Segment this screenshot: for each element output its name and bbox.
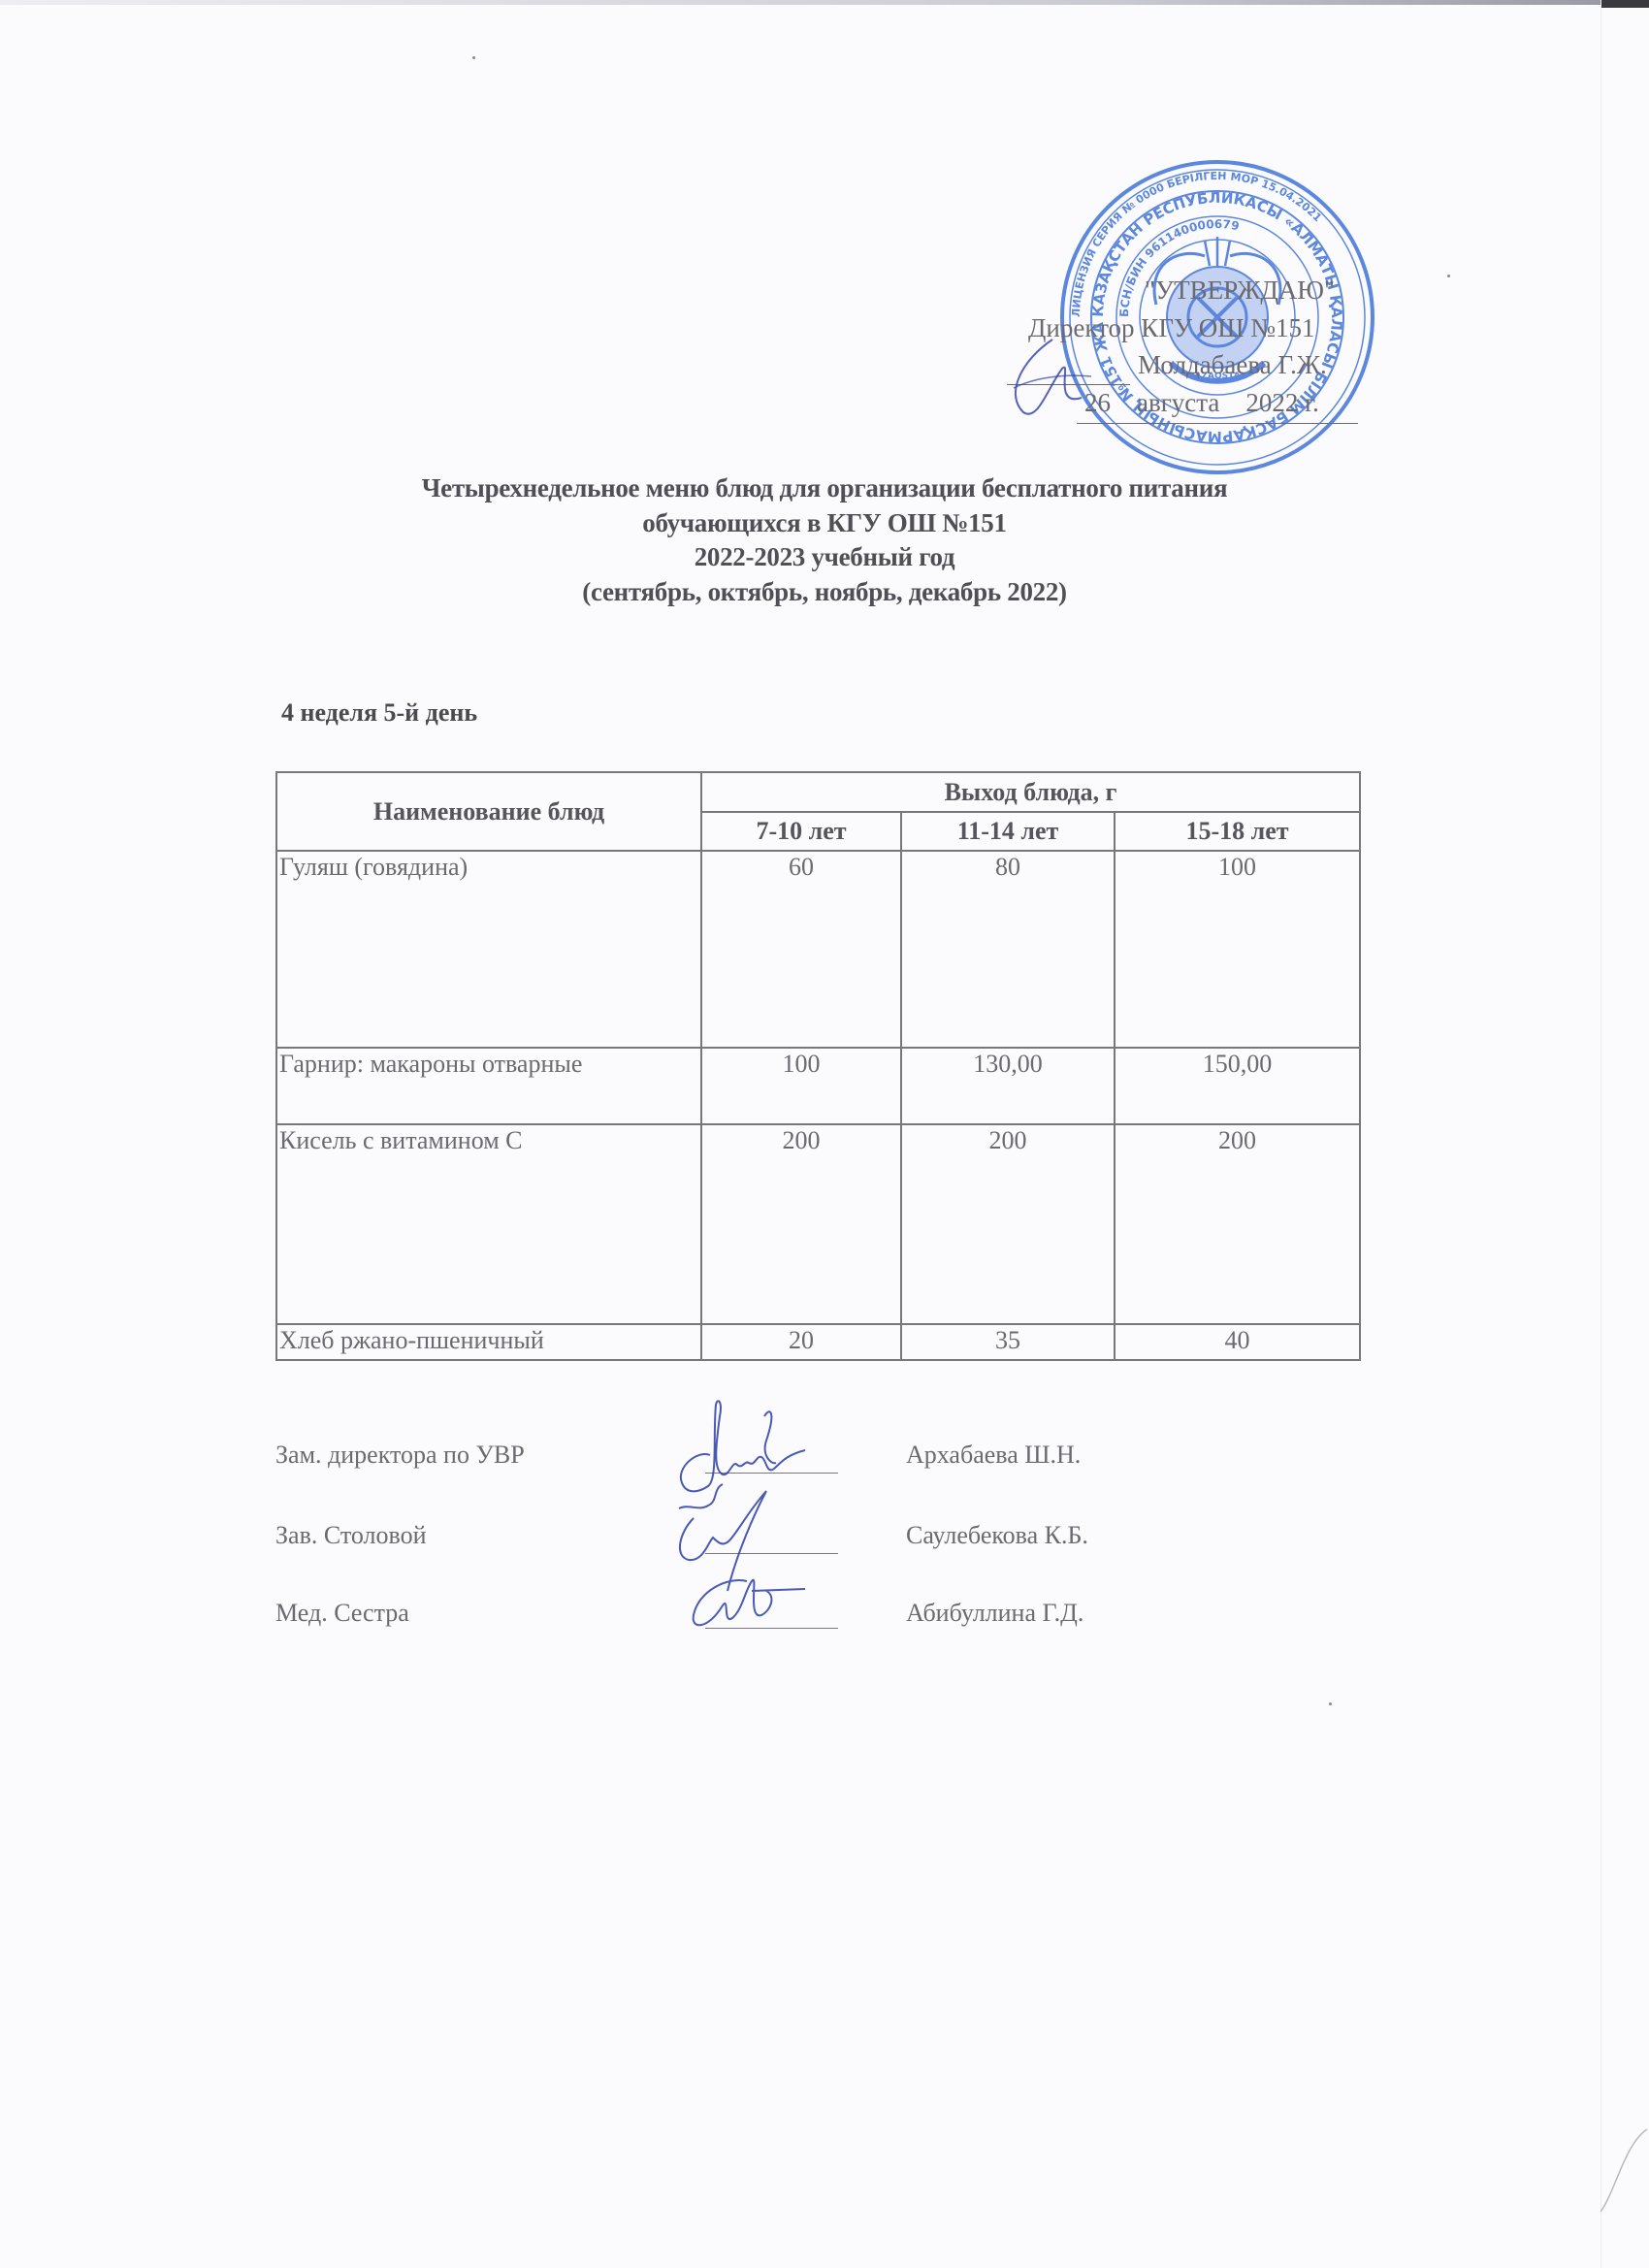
yield-15-18: 150,00 xyxy=(1115,1048,1360,1124)
yield-11-14: 200 xyxy=(901,1124,1115,1324)
signature-role-nurse: Мед. Сестра xyxy=(275,1599,409,1628)
approval-heading: "УТВЕРЖДАЮ" xyxy=(1145,275,1335,306)
title-line-1: Четырехнедельное меню блюд для организац… xyxy=(291,471,1358,506)
header-yield: Выход блюда, г xyxy=(701,772,1360,812)
dish-name: Гарнир: макароны отварные xyxy=(276,1048,701,1124)
table-row: Гуляш (говядина) 60 80 100 xyxy=(276,851,1360,1048)
yield-7-10: 200 xyxy=(701,1124,901,1324)
yield-15-18: 40 xyxy=(1115,1324,1360,1360)
yield-7-10: 60 xyxy=(701,851,901,1048)
scan-speck xyxy=(472,56,475,59)
yield-11-14: 130,00 xyxy=(901,1048,1115,1124)
day-label: 4 неделя 5-й день xyxy=(281,698,477,728)
director-signature xyxy=(994,320,1101,427)
header-age-7-10: 7-10 лет xyxy=(701,812,901,851)
scan-curl-mark xyxy=(1600,2105,1649,2221)
dish-name: Кисель с витамином С xyxy=(276,1124,701,1324)
signature-name-nurse: Абибуллина Г.Д. xyxy=(906,1599,1083,1628)
approval-date-month: августа xyxy=(1137,388,1219,417)
scan-page-edge xyxy=(1600,0,1601,2268)
yield-7-10: 100 xyxy=(701,1048,901,1124)
table-row: Хлеб ржано-пшеничный 20 35 40 xyxy=(276,1324,1360,1360)
table-row: Кисель с витамином С 200 200 200 xyxy=(276,1124,1360,1324)
header-dish-name: Наименование блюд xyxy=(276,772,701,851)
approval-name: Молдабаева Г.Ж. xyxy=(1138,350,1327,380)
dish-name: Гуляш (говядина) xyxy=(276,851,701,1048)
dish-name: Хлеб ржано-пшеничный xyxy=(276,1324,701,1360)
approval-date-line xyxy=(1077,423,1358,424)
yield-15-18: 100 xyxy=(1115,851,1360,1048)
yield-11-14: 35 xyxy=(901,1324,1115,1360)
title-line-3: 2022-2023 учебный год xyxy=(291,540,1358,575)
title-line-4: (сентябрь, октябрь, ноябрь, декабрь 2022… xyxy=(291,575,1358,610)
table-row: Гарнир: макароны отварные 100 130,00 150… xyxy=(276,1048,1360,1124)
document-title: Четырехнедельное меню блюд для организац… xyxy=(291,471,1358,609)
title-line-2: обучающихся в КГУ ОШ №151 xyxy=(291,506,1358,541)
signature-name-deputy-director: Архабаева Ш.Н. xyxy=(906,1441,1081,1470)
yield-15-18: 200 xyxy=(1115,1124,1360,1324)
scan-speck xyxy=(1447,275,1450,277)
signature-role-canteen-head: Зав. Столовой xyxy=(275,1521,427,1550)
menu-table: Наименование блюд Выход блюда, г 7-10 ле… xyxy=(275,771,1361,1361)
approval-date: 26 августа 2022 г. xyxy=(1084,388,1319,418)
handwritten-signatures xyxy=(669,1397,863,1639)
scan-speck xyxy=(1329,1702,1332,1705)
yield-7-10: 20 xyxy=(701,1324,901,1360)
yield-11-14: 80 xyxy=(901,851,1115,1048)
scan-top-edge xyxy=(0,0,1600,5)
approval-date-year: 2022 г. xyxy=(1245,388,1319,417)
header-age-15-18: 15-18 лет xyxy=(1115,812,1360,851)
scan-corner-shadow xyxy=(1600,0,1649,8)
signature-role-deputy-director: Зам. директора по УВР xyxy=(275,1441,525,1470)
signature-name-canteen-head: Саулебекова К.Б. xyxy=(906,1521,1088,1550)
header-age-11-14: 11-14 лет xyxy=(901,812,1115,851)
